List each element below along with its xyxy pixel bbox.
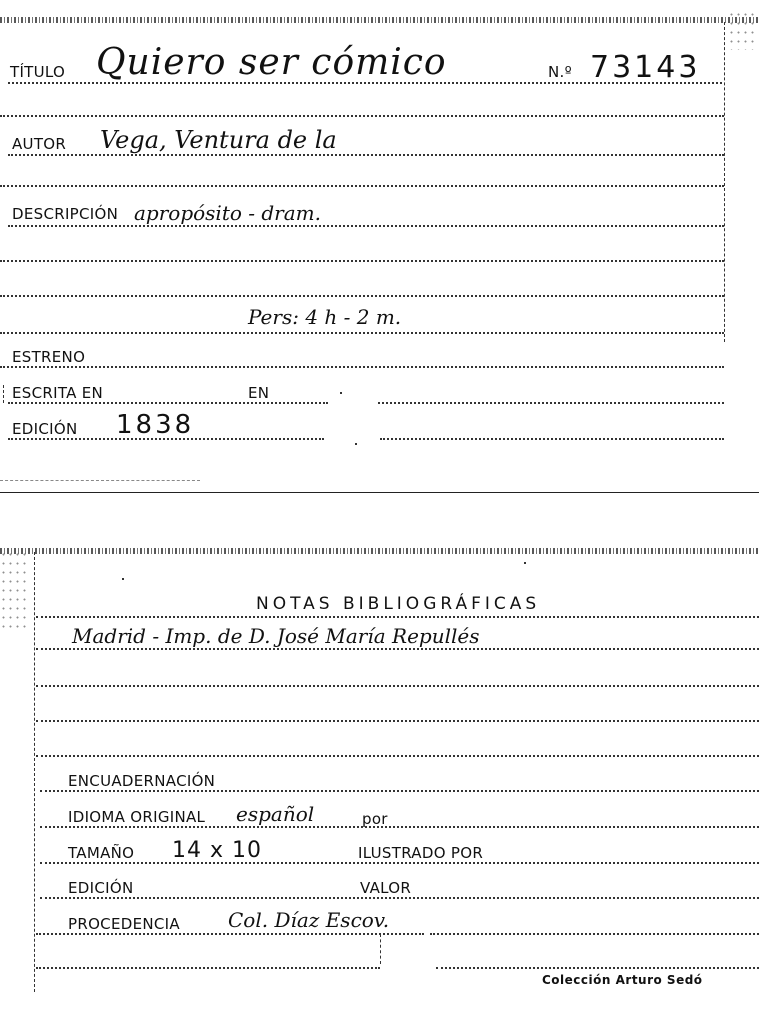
tamano-label: TAMAÑO — [68, 844, 134, 862]
estreno-label: ESTRENO — [12, 348, 85, 366]
procedencia-value: Col. Díaz Escov. — [228, 908, 389, 932]
ink-speck — [355, 443, 357, 445]
tamano-value: 14 x 10 — [172, 838, 262, 863]
descripcion-value: apropósito - dram. — [134, 201, 321, 225]
escrita-en-label: ESCRITA EN — [12, 384, 103, 402]
idioma-original-value: español — [236, 802, 314, 826]
titulo-value: Quiero ser cómico — [96, 42, 447, 83]
faint-line — [0, 480, 200, 481]
notas-line — [36, 648, 759, 650]
edicion-value: 1838 — [116, 410, 194, 440]
card-bottom-edge — [0, 492, 759, 493]
procedencia-label: PROCEDENCIA — [68, 915, 180, 933]
bottom-line — [36, 967, 380, 969]
card-right-border — [724, 22, 725, 342]
edicion-valor-line — [40, 897, 759, 899]
separator-line — [0, 260, 724, 262]
inner-box-right — [380, 934, 381, 964]
titulo-label: TÍTULO — [10, 63, 65, 81]
tamano-line — [40, 862, 759, 864]
card-left-border — [34, 552, 35, 992]
edicion-line — [8, 438, 324, 440]
autor-line — [8, 154, 724, 156]
autor-label: AUTOR — [12, 135, 66, 153]
collection-footer: Colección Arturo Sedó — [542, 973, 703, 987]
notas-line — [36, 616, 759, 618]
numero-value: 73143 — [590, 50, 700, 85]
numero-label: N.º — [548, 63, 572, 81]
edicion-label: EDICIÓN — [12, 420, 77, 438]
catalog-card-front: TÍTULO Quiero ser cómico N.º 73143 AUTOR… — [0, 0, 759, 500]
left-margin-mark — [3, 385, 4, 403]
escrita-en-line-right — [378, 402, 724, 404]
notas-line — [36, 755, 759, 757]
bottom-line-right — [436, 967, 759, 969]
autor-value: Vega, Ventura de la — [100, 126, 337, 154]
edicion-line-right — [380, 438, 724, 440]
catalog-card-back: NOTAS BIBLIOGRÁFICAS Madrid - Imp. de D.… — [0, 540, 759, 1028]
notas-line-1-value: Madrid - Imp. de D. José María Repullés — [72, 624, 479, 648]
idioma-line — [40, 826, 759, 828]
escrita-en-line — [8, 402, 328, 404]
ink-speck — [524, 562, 526, 564]
card-top-edge — [0, 548, 759, 554]
ink-speck — [122, 578, 124, 580]
separator-line — [0, 115, 724, 117]
notas-line — [36, 720, 759, 722]
notas-line — [36, 685, 759, 687]
personajes-line — [0, 332, 724, 334]
procedencia-line-right — [430, 933, 759, 935]
separator-line — [0, 295, 724, 297]
ilustrado-por-label: ILUSTRADO POR — [358, 844, 483, 862]
estreno-line — [0, 366, 724, 368]
personajes-value: Pers: 4 h - 2 m. — [248, 305, 401, 329]
separator-line — [0, 185, 724, 187]
encuadernacion-line — [40, 790, 759, 792]
en-label: EN — [248, 384, 269, 402]
edge-noise — [728, 10, 758, 50]
idioma-original-label: IDIOMA ORIGINAL — [68, 808, 205, 826]
card-top-edge — [0, 17, 759, 23]
notas-bibliograficas-title: NOTAS BIBLIOGRÁFICAS — [256, 594, 540, 614]
descripcion-line — [8, 225, 724, 227]
edicion-label: EDICIÓN — [68, 879, 133, 897]
valor-label: VALOR — [360, 879, 411, 897]
edge-noise — [0, 550, 30, 630]
procedencia-line — [36, 933, 424, 935]
titulo-line — [8, 82, 722, 84]
encuadernacion-label: ENCUADERNACIÓN — [68, 772, 215, 790]
descripcion-label: DESCRIPCIÓN — [12, 205, 118, 223]
ink-speck — [340, 392, 342, 394]
